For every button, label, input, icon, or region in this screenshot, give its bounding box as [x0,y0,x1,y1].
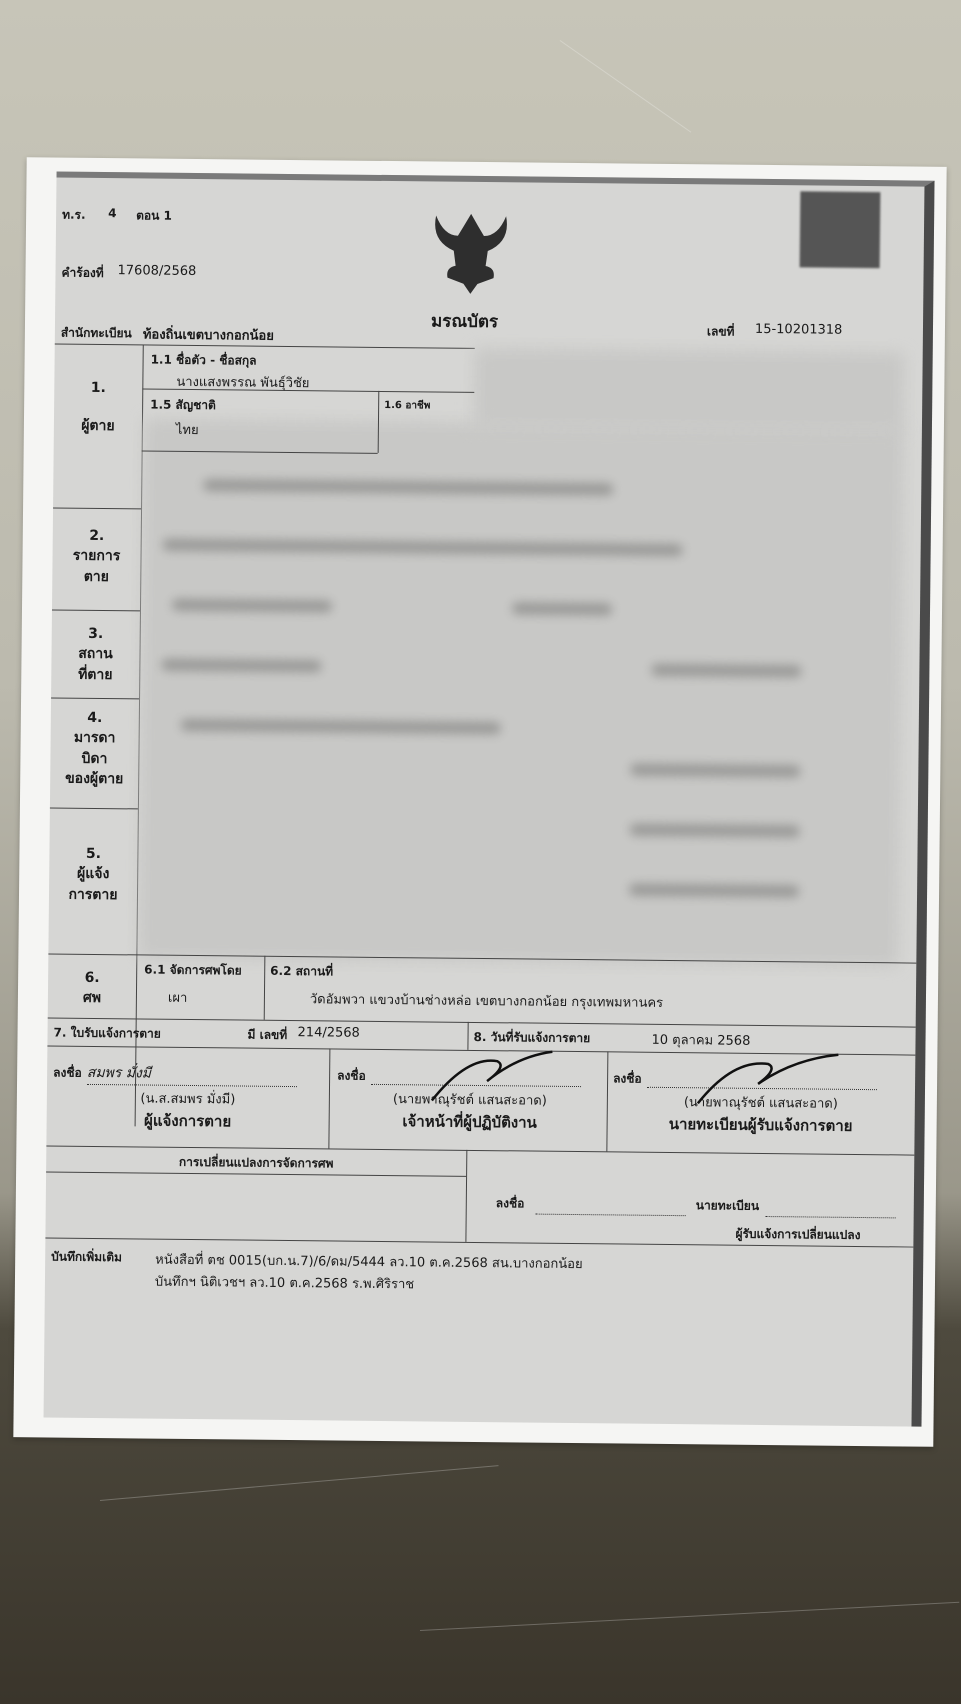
death-certificate-form: ท.ร. 4 ตอน 1 คำร้องที่ 17608/2568 มรณบัต… [44,172,935,1427]
nationality-value: ไทย [176,419,199,440]
notice-date-label: 8. วันที่รับแจ้งการตาย [473,1028,590,1048]
section-2-label: 2.รายการตาย [52,526,141,588]
funeral-method-value: เผา [168,987,188,1008]
change-recipient-role: ผู้รับแจ้งการเปลี่ยนแปลง [735,1225,860,1245]
handwritten-signature: สมพร มั่งมี [87,1062,297,1087]
death-notice-label: 7. ใบรับแจ้งการตาย [53,1024,160,1044]
change-registrar-label: นายทะเบียน [696,1196,759,1216]
change-sign-label: ลงชื่อ [496,1194,525,1213]
request-label: คำร้องที่ [61,264,103,283]
photo-redacted [800,191,881,268]
signature-block-officer: ลงชื่อ (นายพาณุรัชต์ แสนสะอาด) เจ้าหน้าท… [337,1065,604,1136]
registry-office-value: ท้องถิ่นเขตบางกอกน้อย [143,323,274,345]
funeral-place-value: วัดอัมพวา แขวงบ้านช่างหล่อ เขตบางกอกน้อย… [310,988,663,1013]
doc-number-value: 15-10201318 [755,322,843,338]
signature-block-registrar: ลงชื่อ (นายพาณุรัชต์ แสนสะอาด) นายทะเบีย… [613,1067,910,1138]
occupation-label: 1.6 อาชีพ [384,398,430,413]
funeral-method-label: 6.1 จัดการศพโดย [144,960,242,980]
garuda-emblem-icon [425,205,516,296]
request-number: 17608/2568 [117,263,196,279]
document-title: มรณบัตร [431,307,498,335]
death-certificate-paper: ท.ร. 4 ตอน 1 คำร้องที่ 17608/2568 มรณบัต… [13,157,946,1447]
death-notice-number: 214/2568 [297,1025,359,1041]
signature-scribble-icon [427,1045,558,1106]
registry-office-label: สำนักทะเบียน [61,324,132,344]
section-1-label: 1.ผู้ตาย [54,378,143,438]
doc-number-label: เลขที่ [707,322,735,341]
name-value: นางแสงพรรณ พันธุ์วิชัย [176,371,309,393]
notes-label: บันทึกเพิ่มเติม [51,1248,122,1268]
notes-line-1: หนังสือที่ ตช 0015(บก.น.7)/6/ดม/5444 ลว.… [155,1249,583,1274]
form-part: ตอน 1 [136,206,172,225]
section-3-label: 3.สถานที่ตาย [51,624,140,686]
form-code-label: ท.ร. [62,206,86,225]
section-4-label: 4.มารดาบิดาของผู้ตาย [50,708,139,790]
signature-block-informant: ลงชื่อ สมพร มั่งมี (น.ส.สมพร มั่งมี) ผู้… [53,1062,324,1135]
funeral-place-label: 6.2 สถานที่ [270,962,333,982]
signature-scribble-icon [693,1048,844,1110]
name-label: 1.1 ชื่อตัว - ชื่อสกุล [151,351,257,371]
death-notice-number-label: มี เลขที่ [247,1026,287,1045]
section-6-label: 6.ศพ [48,967,136,1009]
nationality-label: 1.5 สัญชาติ [150,396,216,416]
personal-details-blurred [138,418,904,966]
section-5-label: 5.ผู้แจ้งการตาย [49,843,138,905]
notes-line-2: บันทึกฯ นิติเวชฯ ลว.10 ต.ค.2568 ร.พ.ศิริ… [155,1271,414,1295]
form-code-number: 4 [108,206,117,220]
